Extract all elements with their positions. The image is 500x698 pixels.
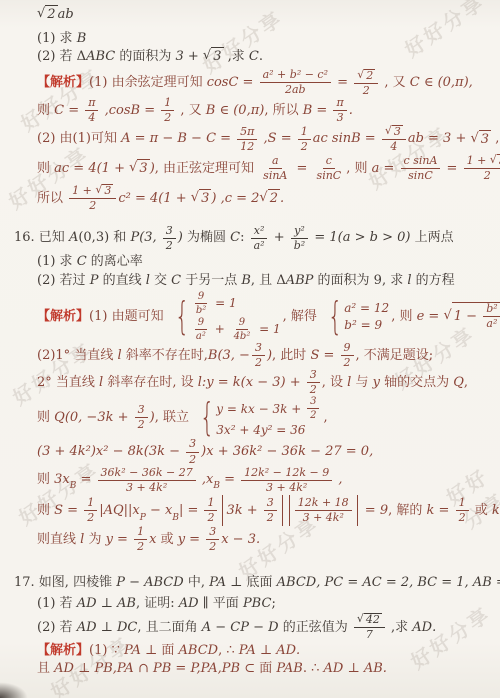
fraction: 32 (135, 404, 148, 431)
fraction: 94b² (231, 317, 254, 342)
fraction: 1 + √32 (464, 154, 500, 182)
cases-system: {9b² = 19a² + 94b² = 1 (170, 291, 281, 342)
fraction: csinC (314, 155, 345, 182)
cases-system: {y = kx − 3k + 323x² + 4y² = 36 (195, 396, 321, 438)
q16-analysis-l6: 则 3xB = 36k² − 36k − 273 + 4k² ,xB = 12k… (37, 467, 500, 494)
fraction: 12 (204, 497, 217, 524)
scan-smudge (0, 682, 28, 698)
q15-analysis-l3: (2) 由(1)可知 A = π − B − C = 5π12 ,S = 12a… (37, 125, 500, 153)
fraction: 12 (161, 97, 174, 124)
fraction: x²a² (251, 225, 268, 252)
radical: √1 − b²a² (443, 302, 500, 330)
radical: √3 (203, 47, 224, 66)
fraction: y²b² (291, 225, 308, 252)
q16-analysis-l4: 则 Q(0, −3k + 32), 联立 {y = kx − 3k + 323x… (37, 396, 500, 438)
fraction: 12 (84, 497, 97, 524)
analysis-label: 【解析】 (37, 642, 89, 660)
fraction: 1 + √32 (69, 184, 116, 212)
radical: √3 (385, 125, 403, 138)
q15-analysis-l4: 则 ac = 4(1 + √3), 由正弦定理可知 asinA = csinC,… (37, 154, 500, 182)
fraction: 32 (206, 526, 219, 553)
fraction: asinA (260, 155, 290, 182)
q16-part2: (2) 若过 P 的直线 l 交 C 于另一点 B, 且 ΔABP 的面积为 9… (37, 272, 500, 290)
expr-sqrt2ab: √2ab (37, 5, 500, 24)
fraction: 12 (298, 126, 311, 153)
fraction: c sinAsinC (401, 155, 441, 182)
fraction: √22 (354, 69, 378, 97)
fraction: 12 (134, 526, 147, 553)
q17-analysis-l2: 且 AD ⊥ PB,PA ∩ PB = P,PA,PB ⊂ 面 PAB. ∴ A… (37, 660, 500, 678)
q16-analysis-l5: (3 + 4k²)x² − 8k(3k − 32)x + 36k² − 36k … (37, 438, 500, 465)
radical: √3 (95, 184, 113, 197)
radical: √3 (191, 189, 212, 208)
fraction: √34 (382, 125, 406, 153)
radical: √2 (357, 69, 375, 82)
fraction: 12k + 183 + 4k² (295, 497, 352, 524)
fraction: b²a² (483, 303, 500, 330)
fraction: 36k² − 36k − 273 + 4k² (98, 467, 196, 494)
fraction: 92 (341, 342, 354, 369)
q16-analysis-l7: 则 S = 12|AQ||xP − xB| = 123k + 3212k + 1… (37, 495, 500, 526)
q15-analysis-l2: 则 C = π4 ,cosB = 12 , 又 B ∈ (0,π), 所以 B … (37, 97, 500, 124)
cases-system: {a² = 12b² = 9 (323, 300, 389, 333)
radical: √3 (471, 130, 492, 149)
q17-analysis-l1: 【解析】(1) ∵ PA ⊥ 面 ABCD, ∴ PA ⊥ AD. (37, 642, 500, 660)
radical: √2 (37, 5, 58, 24)
q15-analysis-l1: 【解析】(1) 由余弦定理可知 cosC = a² + b² − c²2ab =… (37, 69, 500, 97)
fraction: π3 (333, 97, 346, 124)
q16-analysis-l1: 【解析】(1) 由题可知 {9b² = 19a² + 94b² = 1, 解得 … (37, 291, 500, 342)
abs-bars: 3k + 32 (222, 495, 282, 526)
document-content: √2ab(1) 求 B(2) 若 ΔABC 的面积为 3 + √3 ,求 C.【… (0, 0, 500, 678)
fraction: 32 (264, 497, 277, 524)
q16-statement: 16. 已知 A(0,3) 和 P(3, 32) 为椭圆 C: x²a² + y… (14, 225, 500, 252)
radical: √3 (129, 159, 150, 178)
q16-part1: (1) 求 C 的离心率 (37, 253, 500, 271)
analysis-label: 【解析】 (37, 308, 89, 326)
abs-bars: 12k + 183 + 4k² (289, 495, 358, 526)
q15-part2: (2) 若 ΔABC 的面积为 3 + √3 ,求 C. (37, 47, 500, 66)
fraction: 32 (163, 225, 176, 252)
fraction: 32 (186, 438, 199, 465)
q16-analysis-l2: (2)1° 当直线 l 斜率不存在时,B(3, −32), 此时 S = 92,… (37, 342, 500, 369)
fraction: 9b² (193, 291, 209, 316)
q16-analysis-l3: 2° 当直线 l 斜率存在时, 设 l:y = k(x − 3) + 32, 设… (37, 369, 500, 396)
fraction: 12 (456, 497, 469, 524)
radical: √2 (259, 189, 280, 208)
q15-part1: (1) 求 B (37, 30, 500, 48)
fraction: 32 (307, 396, 319, 421)
fraction: √427 (354, 613, 385, 641)
fraction: 5π12 (237, 126, 257, 153)
radical: √3 (490, 154, 500, 167)
q17-part1: (1) 若 AD ⊥ AB, 证明: AD ∥ 平面 PBC; (37, 595, 500, 613)
fraction: 9a² (193, 317, 209, 342)
q16-analysis-l8: 则直线 l 为 y = 12x 或 y = 32x − 3. (37, 526, 500, 553)
fraction: 32 (307, 369, 320, 396)
radical: √42 (357, 613, 382, 626)
fraction: π4 (85, 97, 98, 124)
fraction: 32 (252, 342, 265, 369)
fraction: 12k² − 12k − 93 + 4k² (241, 467, 332, 494)
q17-part2: (2) 若 AD ⊥ DC, 且二面角 A − CP − D 的正弦值为 √42… (37, 613, 500, 641)
fraction: a² + b² − c²2ab (260, 69, 331, 96)
q15-analysis-l5: 所以 1 + √32c² = 4(1 + √3) ,c = 2√2. (37, 184, 500, 212)
document-page: 好好分享好好分享好好分享好好分享好好分享好好分享好好分享好好分享好好分享好好分享… (0, 0, 500, 698)
q17-statement: 17. 如图, 四棱锥 P − ABCD 中, PA ⊥ 底面 ABCD, PC… (14, 573, 500, 592)
analysis-label: 【解析】 (37, 74, 89, 92)
